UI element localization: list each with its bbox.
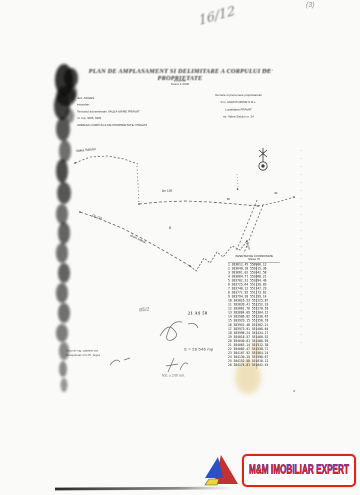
parcel-id-label: 21 AS 58 [188,311,233,316]
road-label: De 122 [92,213,103,221]
road-label: Bl [227,197,230,201]
road-label: 40 [274,191,278,195]
road-label: Drum [245,242,252,251]
agency-logo-triangle-icon [202,453,240,487]
ink-smudge-band [54,64,78,392]
parcel-boundary-lines [75,156,294,271]
road-label: De 135 [162,189,173,193]
scanned-cadastral-document: (3) 16/12 PLAN DE AMPLASAMENT SI DELIMIT… [0,0,360,495]
cadastral-map: Valea Satului De 135 Bl 40 De 122 drum s… [0,0,360,495]
table-column-divider [256,264,257,369]
agency-name-box: M&M IMOBILIAR EXPERT [242,454,356,487]
table-subtitle: Stereo 70 [228,258,280,261]
road-label: drum satesc [130,233,148,244]
agency-name-text: M&M IMOBILIAR EXPERT [249,461,349,476]
footer-left-notes: Intocmit: ing. cadastru aut.Receptionat:… [66,349,131,358]
boundary-point-markers [74,162,295,267]
footer-center-note: N.E. ± 2.00 n.m. [162,374,247,378]
edge-mark: a [293,388,296,393]
coordinate-table: INVENTAR DE COORDONATE Stereo 70 1 38361… [228,255,284,368]
creek-label: Valea Satului [76,147,96,153]
north-arrow-icon [259,148,267,170]
parcel-number-label: 6 [169,226,171,230]
scan-bottom-streak [55,488,232,489]
footer-line: Receptionat: O.C.P.I. Arges [66,354,131,359]
coordinate-table-header: INVENTAR DE COORDONATE Stereo 70 [228,255,280,262]
agency-watermark: M&M IMOBILIAR EXPERT [202,453,356,487]
agency-name-svg: M&M IMOBILIAR EXPERT [246,457,352,479]
